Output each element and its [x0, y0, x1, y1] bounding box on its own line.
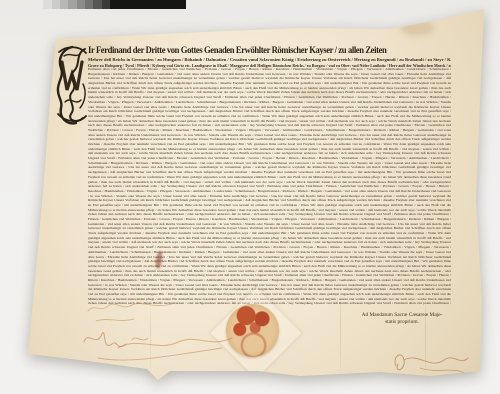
mandatum-note: Ad Mandatum Sacræ Cæsareæ Maje- statis p…: [352, 312, 452, 326]
body-text: Entbieten allen vnd jeden Churfürsten / …: [88, 67, 451, 306]
charter-headline: Ir Ferdinand der Dritte von Gottes Genad…: [88, 44, 454, 55]
parchment-shadow-wrap: Ir Ferdinand der Dritte von Gottes Genad…: [0, 0, 500, 394]
mandatum-line1: Ad Mandatum Sacræ Cæsareæ Maje-: [352, 312, 452, 319]
charter-subtitle-line1: Mehrer deß Reichs in Germanien / zu Hung…: [88, 57, 451, 62]
photograph-background: Ir Ferdinand der Dritte von Gottes Genad…: [0, 0, 500, 394]
mandatum-line2: statis proprium.: [352, 319, 452, 326]
parchment-sheet: Ir Ferdinand der Dritte von Gottes Genad…: [0, 0, 500, 394]
stain-top-edge: [400, 20, 434, 36]
fold-crease: [340, 288, 341, 376]
ornate-initial-W-woodcut: [55, 44, 89, 128]
signature-left-lower: [78, 322, 238, 368]
signature-right: [390, 344, 472, 382]
